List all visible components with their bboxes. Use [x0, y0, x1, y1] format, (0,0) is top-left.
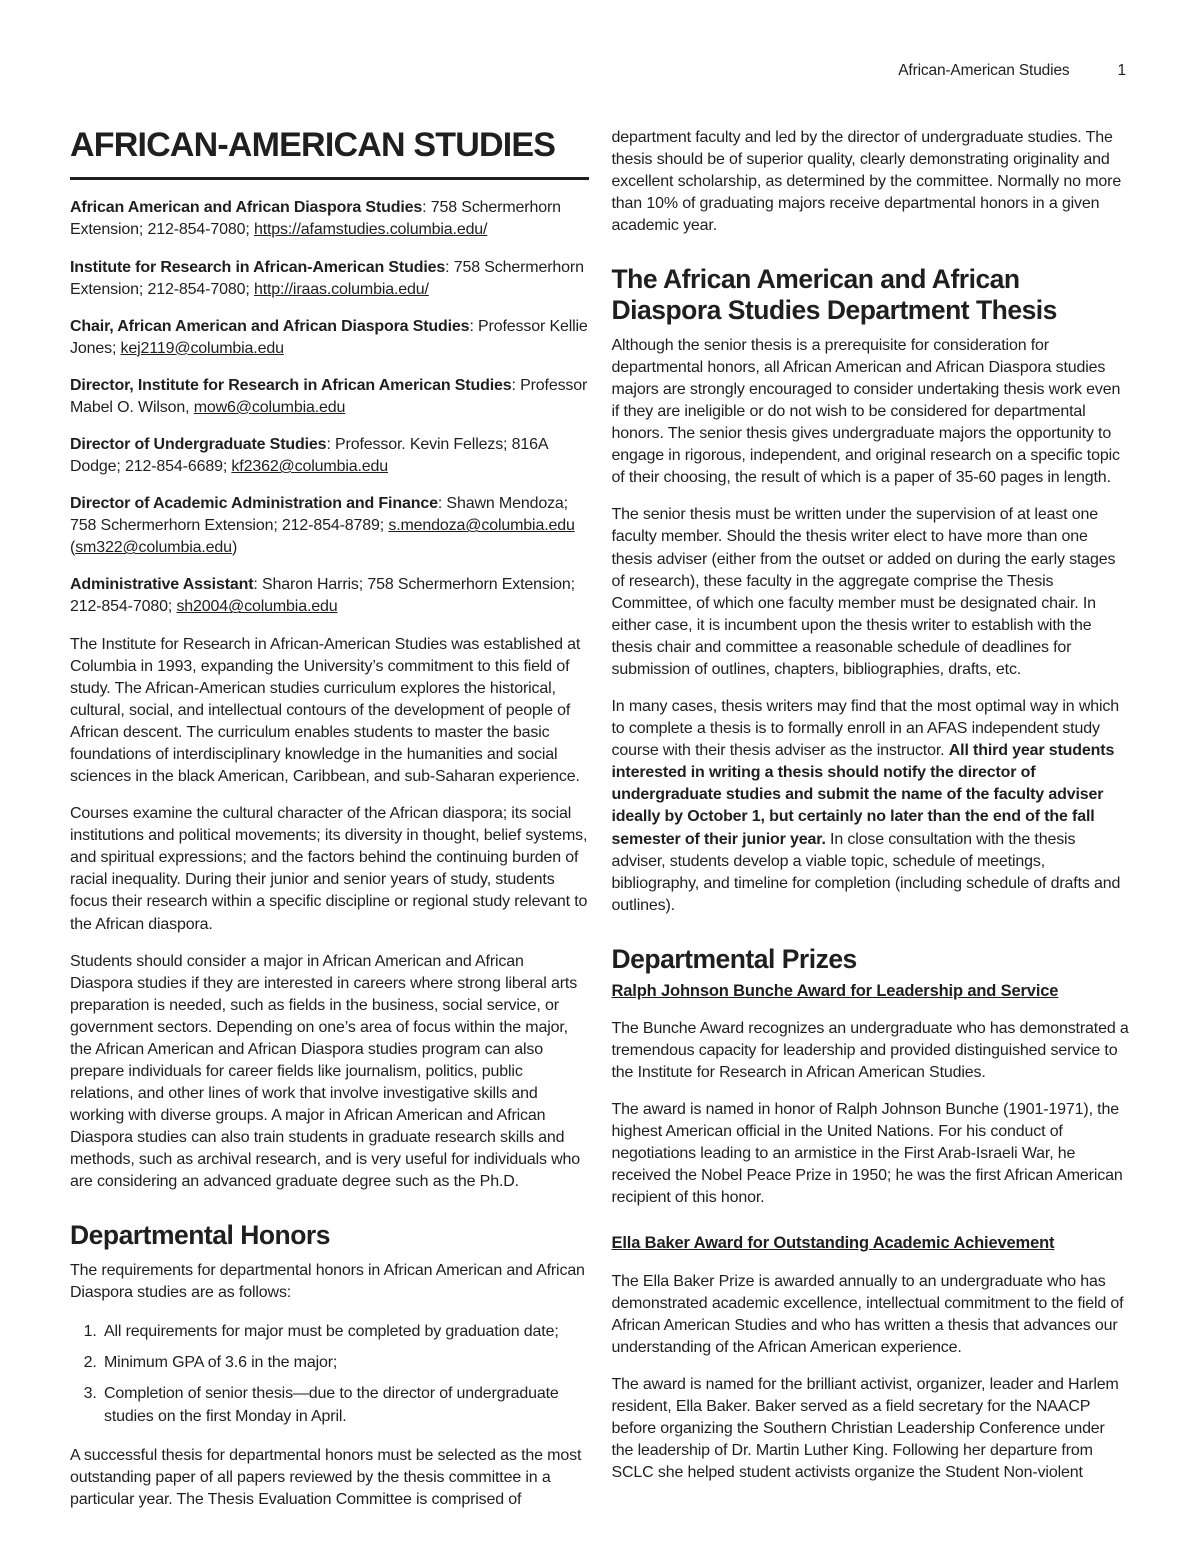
contact-label: Chair, African American and African Dias…	[70, 318, 469, 335]
running-header: African-American Studies 1	[70, 62, 1130, 80]
contact-label: Director of Undergraduate Studies	[70, 436, 326, 453]
contact-label: Institute for Research in African-Americ…	[70, 259, 445, 276]
baker-paragraph-1: The Ella Baker Prize is awarded annually…	[612, 1271, 1131, 1359]
page-title: AFRICAN-AMERICAN STUDIES	[70, 127, 589, 180]
contact-block-afam-studies: African American and African Diaspora St…	[70, 197, 589, 241]
paragraph-institute-history: The Institute for Research in African-Am…	[70, 634, 589, 789]
contact-block-director-iraas: Director, Institute for Research in Afri…	[70, 375, 589, 419]
left-column: AFRICAN-AMERICAN STUDIES African America…	[70, 127, 589, 1526]
honors-requirements-list: All requirements for major must be compl…	[70, 1321, 589, 1427]
thesis-paragraph-1: Although the senior thesis is a prerequi…	[612, 335, 1131, 490]
contact-block-admin-finance: Director of Academic Administration and …	[70, 493, 589, 559]
contact-block-chair: Chair, African American and African Dias…	[70, 316, 589, 360]
honors-continuation-paragraph: department faculty and led by the direct…	[612, 127, 1131, 237]
contact-text: )	[232, 539, 237, 556]
list-item: All requirements for major must be compl…	[101, 1321, 589, 1343]
chair-email-link[interactable]: kej2119@columbia.edu	[121, 340, 284, 357]
running-header-title: African-American Studies	[898, 62, 1069, 80]
honors-closing-paragraph: A successful thesis for departmental hon…	[70, 1445, 589, 1511]
list-item: Completion of senior thesis—due to the d…	[101, 1383, 589, 1427]
iraas-url-link[interactable]: http://iraas.columbia.edu/	[254, 281, 429, 298]
paragraph-students-major: Students should consider a major in Afri…	[70, 951, 589, 1194]
contact-label: Director, Institute for Research in Afri…	[70, 377, 512, 394]
right-column: department faculty and led by the direct…	[612, 127, 1131, 1526]
director-iraas-email-link[interactable]: mow6@columbia.edu	[194, 399, 346, 416]
bunche-paragraph-2: The award is named in honor of Ralph Joh…	[612, 1099, 1131, 1209]
thesis-paragraph-2: The senior thesis must be written under …	[612, 504, 1131, 681]
dus-email-link[interactable]: kf2362@columbia.edu	[231, 458, 388, 475]
honors-intro: The requirements for departmental honors…	[70, 1260, 589, 1304]
contact-block-admin-assistant: Administrative Assistant: Sharon Harris;…	[70, 574, 589, 618]
departmental-prizes-heading: Departmental Prizes	[612, 944, 1131, 975]
contact-block-iraas: Institute for Research in African-Americ…	[70, 257, 589, 301]
two-column-layout: AFRICAN-AMERICAN STUDIES African America…	[70, 127, 1130, 1526]
list-item: Minimum GPA of 3.6 in the major;	[101, 1352, 589, 1374]
contact-label: African American and African Diaspora St…	[70, 199, 422, 216]
admin-assistant-email-link[interactable]: sh2004@columbia.edu	[176, 598, 337, 615]
departmental-honors-heading: Departmental Honors	[70, 1220, 589, 1251]
afamstudies-url-link[interactable]: https://afamstudies.columbia.edu/	[254, 221, 487, 238]
page-number: 1	[1118, 62, 1126, 80]
bunche-award-heading: Ralph Johnson Bunche Award for Leadershi…	[612, 980, 1131, 1002]
baker-paragraph-2: The award is named for the brilliant act…	[612, 1374, 1131, 1484]
contact-label: Administrative Assistant	[70, 576, 253, 593]
department-thesis-heading: The African American and African Diaspor…	[612, 264, 1131, 325]
paragraph-courses: Courses examine the cultural character o…	[70, 803, 589, 935]
bunche-paragraph-1: The Bunche Award recognizes an undergrad…	[612, 1018, 1131, 1084]
contact-block-dus: Director of Undergraduate Studies: Profe…	[70, 434, 589, 478]
ella-baker-award-heading: Ella Baker Award for Outstanding Academi…	[612, 1232, 1131, 1254]
contact-label: Director of Academic Administration and …	[70, 495, 438, 512]
thesis-paragraph-3: In many cases, thesis writers may find t…	[612, 696, 1131, 917]
document-page: African-American Studies 1 AFRICAN-AMERI…	[0, 0, 1200, 1553]
admin-finance-email-link[interactable]: s.mendoza@columbia.edu	[388, 517, 574, 534]
admin-finance-alt-email-link[interactable]: sm322@columbia.edu	[75, 539, 232, 556]
